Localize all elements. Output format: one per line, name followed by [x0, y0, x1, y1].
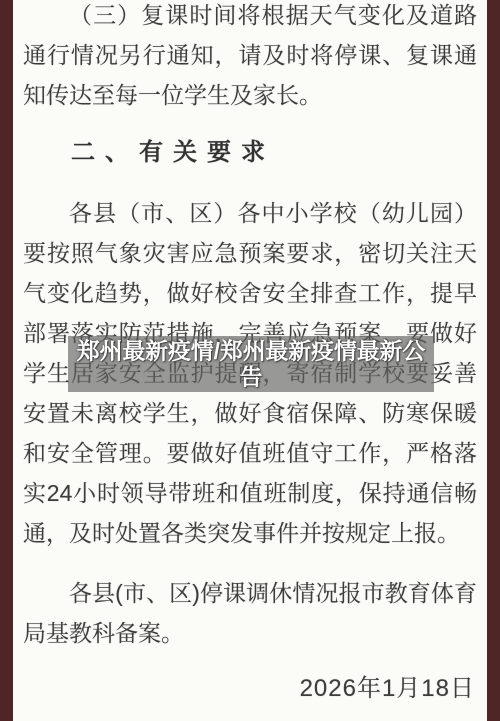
caption-banner: 郑州最新疫情/郑州最新疫情最新公告 — [68, 336, 434, 392]
date-line: 2026年1月18日 — [23, 669, 477, 709]
section-heading-requirements: 二、有关要求 — [23, 133, 477, 173]
notice-screenshot: （三）复课时间将根据天气变化及道路通行情况另行通知，请及时将停课、复课通知传达至… — [0, 0, 500, 721]
left-edge-bar — [0, 0, 13, 721]
right-edge-bar — [487, 0, 500, 721]
paragraph-filing: 各县(市、区)停课调休情况报市教育体育局基教科备案。 — [23, 573, 477, 653]
paragraph-resume-classes: （三）复课时间将根据天气变化及道路通行情况另行通知，请及时将停课、复课通知传达至… — [23, 0, 477, 115]
caption-banner-title: 郑州最新疫情/郑州最新疫情最新公告 — [68, 338, 434, 390]
